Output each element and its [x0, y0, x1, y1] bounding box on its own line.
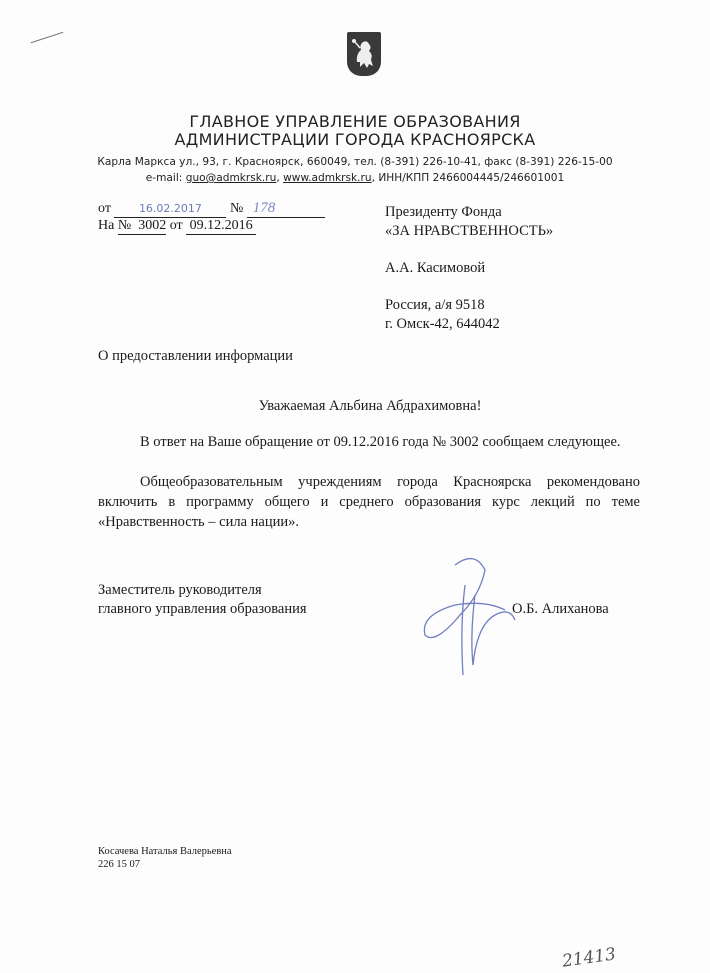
- reply-number: 3002: [138, 218, 166, 233]
- recipient-address1: Россия, а/я 9518: [385, 295, 485, 315]
- reply-date-field: 09.12.2016: [186, 218, 256, 235]
- recipient-name: А.А. Касимовой: [385, 258, 485, 278]
- executor-name: Косачева Наталья Валерьевна: [98, 845, 232, 858]
- outgoing-ref: от 16.02.2017 № 178: [98, 200, 325, 218]
- org-title-line2: АДМИНИСТРАЦИИ ГОРОДА КРАСНОЯРСКА: [0, 130, 710, 149]
- body-paragraph-1: В ответ на Ваше обращение от 09.12.2016 …: [98, 432, 640, 452]
- email-link[interactable]: guo@admkrsk.ru: [186, 172, 277, 184]
- subject: О предоставлении информации: [98, 346, 293, 366]
- org-contacts: e-mail: guo@admkrsk.ru, www.admkrsk.ru, …: [0, 172, 710, 184]
- number-handwritten: 178: [253, 200, 276, 216]
- reply-from-label: от: [170, 218, 183, 233]
- reply-number-label: №: [118, 218, 131, 233]
- inn-kpp: , ИНН/КПП 2466004445/246601001: [372, 172, 565, 184]
- from-label: от: [98, 201, 111, 216]
- org-address: Карла Маркса ул., 93, г. Красноярск, 660…: [0, 156, 710, 168]
- reply-number-field: № 3002: [118, 218, 166, 235]
- coat-of-arms-icon: [347, 32, 381, 76]
- reply-ref: На № 3002 от 09.12.2016: [98, 218, 256, 235]
- recipient-address2: г. Омск-42, 644042: [385, 314, 500, 334]
- reply-date: 09.12.2016: [190, 218, 253, 233]
- date-field: 16.02.2017: [114, 201, 226, 218]
- salutation: Уважаемая Альбина Абдрахимовна!: [0, 396, 710, 416]
- body-paragraph-2: Общеобразовательным учреждениям города К…: [98, 472, 640, 532]
- number-field: 178: [247, 200, 325, 218]
- date-stamp: 16.02.2017: [139, 202, 202, 215]
- recipient-line1: Президенту Фонда: [385, 202, 502, 222]
- handwritten-note: 21413: [561, 944, 617, 971]
- signer-position-line2: главного управления образования: [98, 599, 307, 619]
- website-link[interactable]: www.admkrsk.ru: [283, 172, 372, 184]
- org-title-line1: ГЛАВНОЕ УПРАВЛЕНИЕ ОБРАЗОВАНИЯ: [0, 112, 710, 131]
- signer-position-line1: Заместитель руководителя: [98, 580, 262, 600]
- margin-pen-mark: [31, 32, 64, 43]
- executor-phone: 226 15 07: [98, 858, 140, 871]
- reply-label: На: [98, 218, 114, 233]
- email-label: e-mail:: [146, 172, 186, 184]
- signer-name: О.Б. Алиханова: [512, 599, 609, 619]
- recipient-line2: «ЗА НРАВСТВЕННОСТЬ»: [385, 221, 553, 241]
- number-label: №: [230, 201, 243, 216]
- handwritten-signature: [415, 545, 525, 685]
